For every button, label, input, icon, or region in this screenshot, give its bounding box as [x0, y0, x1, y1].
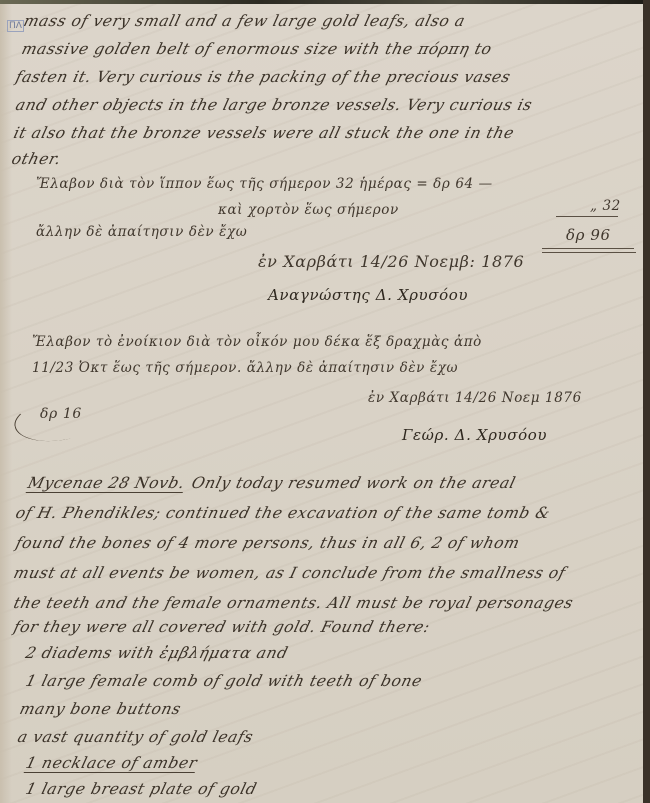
text-line: found the bones of 4 more persons, thus … [14, 534, 522, 552]
text-line: massive golden belt of enormous size wit… [20, 40, 494, 58]
find-list-item: a vast quantity of gold leafs [16, 728, 256, 746]
total-double-rule [542, 248, 634, 249]
find-list-item: 1 large female comb of gold with teeth o… [24, 672, 425, 690]
find-list-item: 1 large breast plate of gold [24, 780, 259, 798]
margin-amount: δρ 16 [40, 406, 82, 422]
receipt-total: δρ 96 [566, 226, 611, 244]
receipt-signature: Αναγνώστης Δ. Χρυσόου [268, 286, 468, 304]
text-line: it also that the bronze vessels were all… [12, 124, 516, 142]
text-line: for they were all covered with gold. Fou… [12, 618, 432, 636]
sum-rule [556, 216, 618, 217]
receipt-line: Ἔλαβον τὸ ἐνοίκιον διὰ τὸν οἶκόν μου δέκ… [32, 334, 482, 350]
text-line: other. [10, 150, 63, 168]
entry-heading: Mycenae 28 Novb. [26, 474, 187, 493]
receipt-signature: Γεώρ. Δ. Χρυσόου [402, 426, 547, 444]
text-line: the teeth and the female ornaments. All … [12, 594, 576, 612]
receipt-date: ἐν Χαρβάτι 14/26 Νοεμ 1876 [368, 390, 582, 406]
text-line: fasten it. Very curious is the packing o… [14, 68, 513, 86]
page-binding-edge [0, 4, 12, 803]
receipt-line: ἄλλην δὲ ἀπαίτησιν δὲν ἔχω [36, 224, 247, 240]
find-list-item: 2 diadems with ἐμβλήματα and [24, 644, 290, 662]
find-list-item: many bone buttons [18, 700, 183, 718]
receipt-amount: „ 32 [590, 198, 621, 214]
text-line: and other objects in the large bronze ve… [14, 96, 535, 114]
receipt-line: καὶ χορτὸν ἕως σήμερον [218, 202, 399, 218]
text-line: mass of very small and a few large gold … [22, 12, 467, 30]
manuscript-page: ΠΛ mass of very small and a few large go… [0, 4, 643, 803]
text-line: Only today resumed work on the areal [190, 474, 518, 492]
text-line: of H. Phendikles; continued the excavati… [14, 504, 552, 522]
scan-right-edge [643, 0, 650, 803]
receipt-date: ἐν Χαρβάτι 14/26 Νοεμβ: 1876 [258, 252, 524, 271]
find-list-item: 1 necklace of amber [24, 754, 200, 773]
receipt-line: Ἔλαβον διὰ τὸν ἵππον ἕως τῆς σήμερον 32 … [36, 176, 493, 192]
text-line: must at all events be women, as I conclu… [12, 564, 568, 582]
catalog-stamp: ΠΛ [7, 20, 24, 32]
total-double-rule [542, 252, 636, 253]
receipt-line: 11/23 Ὀκτ ἕως τῆς σήμερον. ἄλλην δὲ ἀπαί… [32, 360, 458, 376]
